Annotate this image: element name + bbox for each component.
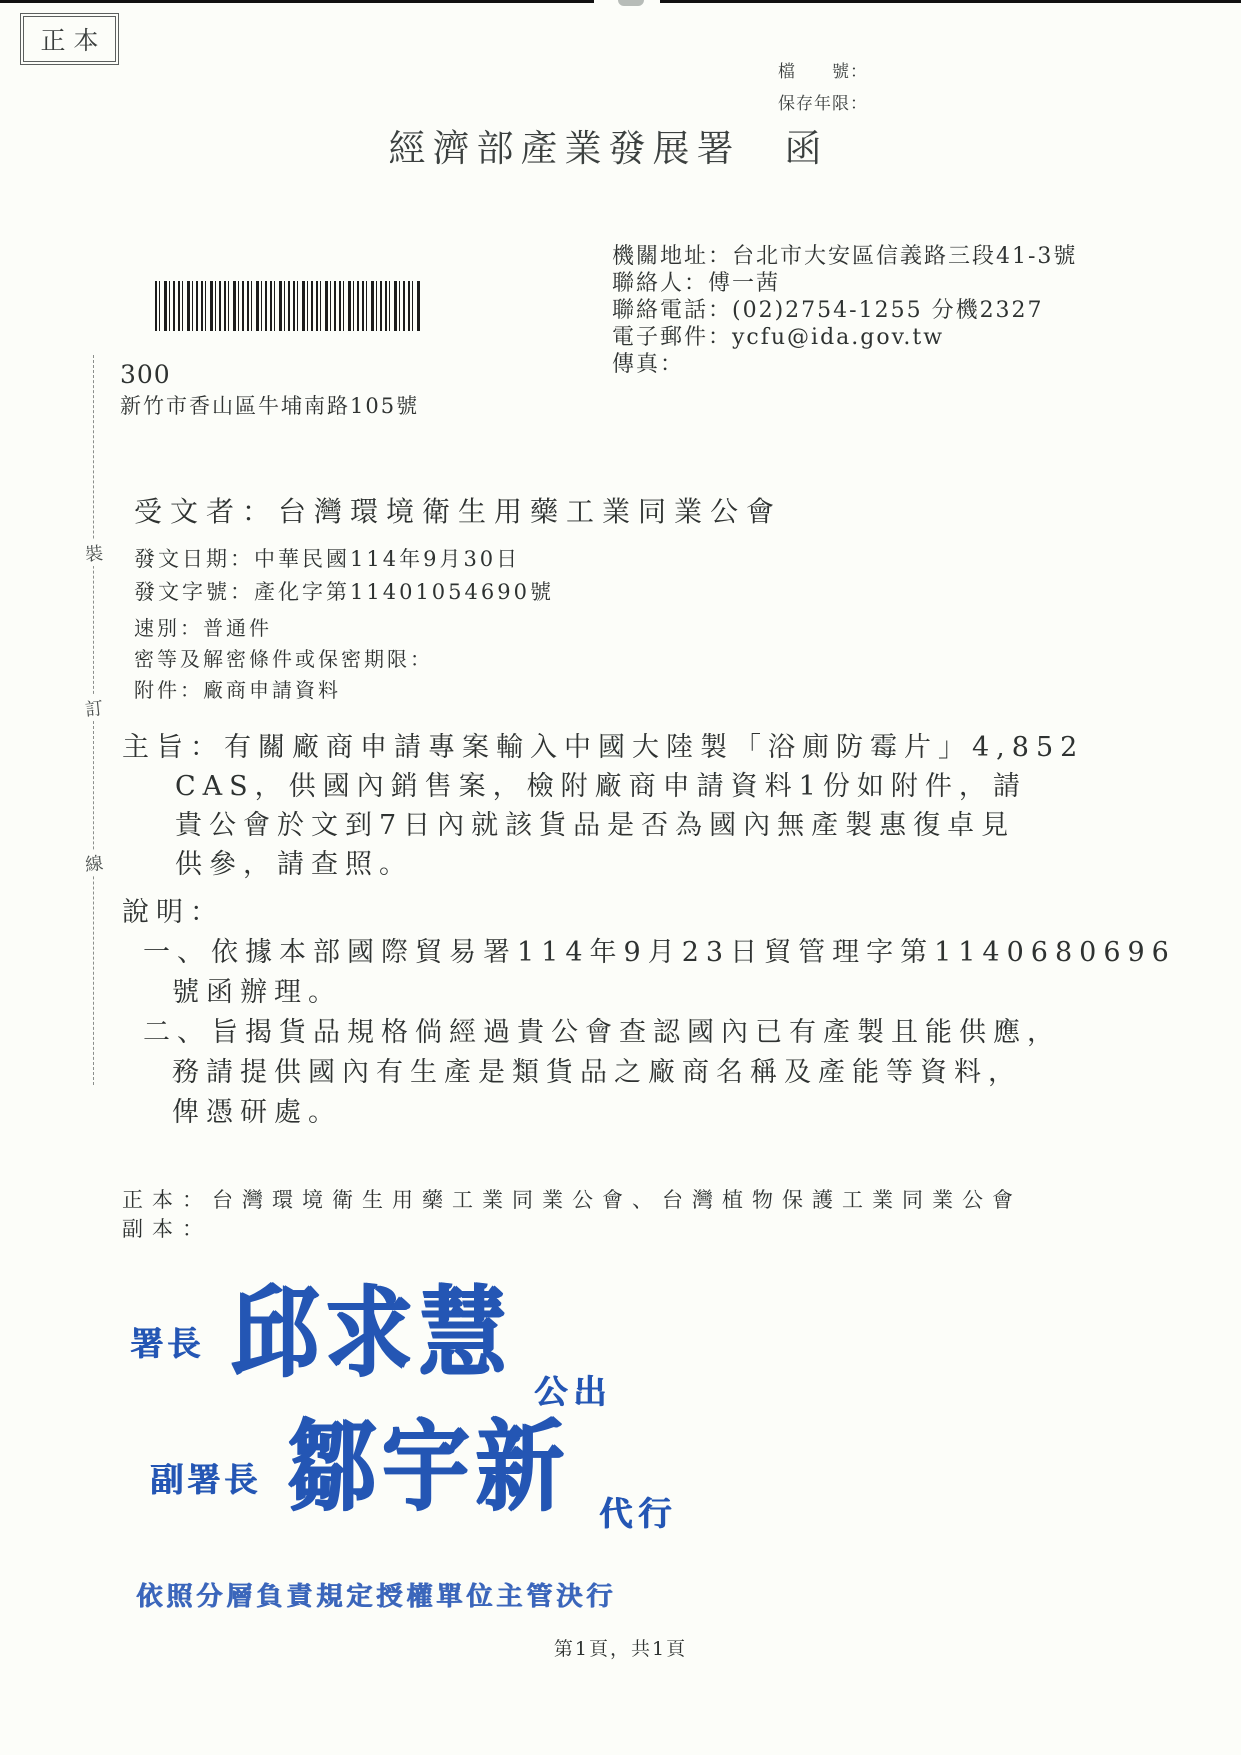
mail-barcode — [155, 281, 421, 331]
explanation-item-2-line-1: 二、旨揭貨品規格倘經過貴公會查認國內已有產製且能供應， — [143, 1013, 1176, 1053]
deputy-director-title: 副署長 — [150, 1454, 261, 1501]
agency-address: 機關地址：台北市大安區信義路三段41-3號 — [612, 243, 1077, 270]
retention-period-label: 保存年限： — [778, 88, 868, 120]
signature-row-director: 署長 邱求慧 公出 — [130, 1278, 612, 1413]
issue-date-line: 發文日期：中華民國114年9月30日 — [134, 543, 520, 573]
explanation-item-2-line-2: 務請提供國內有生產是類貨品之廠商名稱及產能等資料， — [172, 1053, 1176, 1093]
subject-section: 主旨：有關廠商申請專案輸入中國大陸製「浴廁防霉片」4,852 CAS，供國內銷售… — [122, 728, 1084, 884]
copy-type-label: 正本 — [40, 21, 106, 57]
explanation-item-1-line-2: 號函辦理。 — [172, 973, 1176, 1013]
director-status-stamp: 公出 — [534, 1366, 612, 1413]
director-title: 署長 — [130, 1318, 204, 1365]
explanation-section: 說明： 一、依據本部國際貿易署114年9月23日貿管理字第1140680696 … — [122, 893, 1176, 1133]
security-class-line: 密等及解密條件或保密期限： — [134, 643, 433, 672]
binding-char-zhuang: 裝 — [81, 539, 108, 567]
recipient-line: 受文者：台灣環境衛生用藥工業同業公會 — [134, 490, 782, 530]
subject-line-4: 供參，請查照。 — [175, 845, 1084, 884]
deputy-director-name-stamp: 鄒宇新 — [287, 1412, 569, 1520]
subject-line-2: CAS，供國內銷售案，檢附廠商申請資料1份如附件，請 — [175, 767, 1084, 806]
speed-class-line: 速別：普通件 — [134, 612, 272, 641]
file-number-label: 檔 號： — [778, 56, 868, 88]
subject-text: 有關廠商申請專案輸入中國大陸製「浴廁防霉片」4,852 — [224, 732, 1084, 763]
contact-phone: 聯絡電話：(02)2754-1255 分機2327 — [612, 297, 1077, 324]
contact-fax: 傳真： — [612, 351, 1077, 378]
archive-fields: 檔 號： 保存年限： — [778, 56, 868, 120]
recipient-postal-code: 300 — [120, 360, 171, 389]
document-title: 經濟部產業發展署 函 — [0, 118, 1241, 172]
original-copy-line: 正本：台灣環境衛生用藥工業同業公會、台灣植物保護工業同業公會 — [122, 1186, 1022, 1215]
delegation-stamp: 依照分層負責規定授權單位主管決行 — [136, 1576, 616, 1613]
signature-row-deputy-director: 副署長 鄒宇新 代行 — [150, 1412, 677, 1535]
official-letter-page: 正本 檔 號： 保存年限： 經濟部產業發展署 函 機關地址：台北市大安區信義路三… — [0, 0, 1241, 1755]
page-number: 第1頁，共1頁 — [0, 1634, 1241, 1661]
subject-line-1: 主旨：有關廠商申請專案輸入中國大陸製「浴廁防霉片」4,852 — [122, 728, 1084, 767]
contact-email: 電子郵件：ycfu@ida.gov.tw — [612, 324, 1077, 351]
recipient-address: 新竹市香山區牛埔南路105號 — [120, 390, 419, 420]
contact-person: 聯絡人：傅一茜 — [612, 270, 1077, 297]
scan-smudge — [618, 0, 644, 6]
explanation-item-2-line-3: 俾憑研處。 — [172, 1093, 1176, 1133]
explanation-label: 說明： — [122, 893, 1176, 933]
subject-line-3: 貴公會於文到7日內就該貨品是否為國內無產製惠復卓見 — [175, 806, 1084, 845]
subject-label: 主旨： — [122, 732, 224, 763]
distribution-section: 正本：台灣環境衛生用藥工業同業公會、台灣植物保護工業同業公會 副本： — [122, 1186, 1022, 1244]
agency-contact-block: 機關地址：台北市大安區信義路三段41-3號 聯絡人：傅一茜 聯絡電話：(02)2… — [612, 243, 1077, 378]
binding-char-xian: 線 — [81, 849, 108, 877]
doc-number-line: 發文字號：產化字第11401054690號 — [134, 576, 554, 606]
deputy-director-status-stamp: 代行 — [599, 1488, 677, 1535]
director-name-stamp: 邱求慧 — [230, 1278, 512, 1386]
binding-char-ding: 訂 — [81, 694, 108, 722]
copy-type-stamp: 正本 — [20, 13, 119, 65]
attachment-line: 附件：廠商申請資料 — [134, 674, 341, 703]
cc-copy-line: 副本： — [122, 1215, 1022, 1244]
explanation-item-1-line-1: 一、依據本部國際貿易署114年9月23日貿管理字第1140680696 — [143, 933, 1176, 973]
